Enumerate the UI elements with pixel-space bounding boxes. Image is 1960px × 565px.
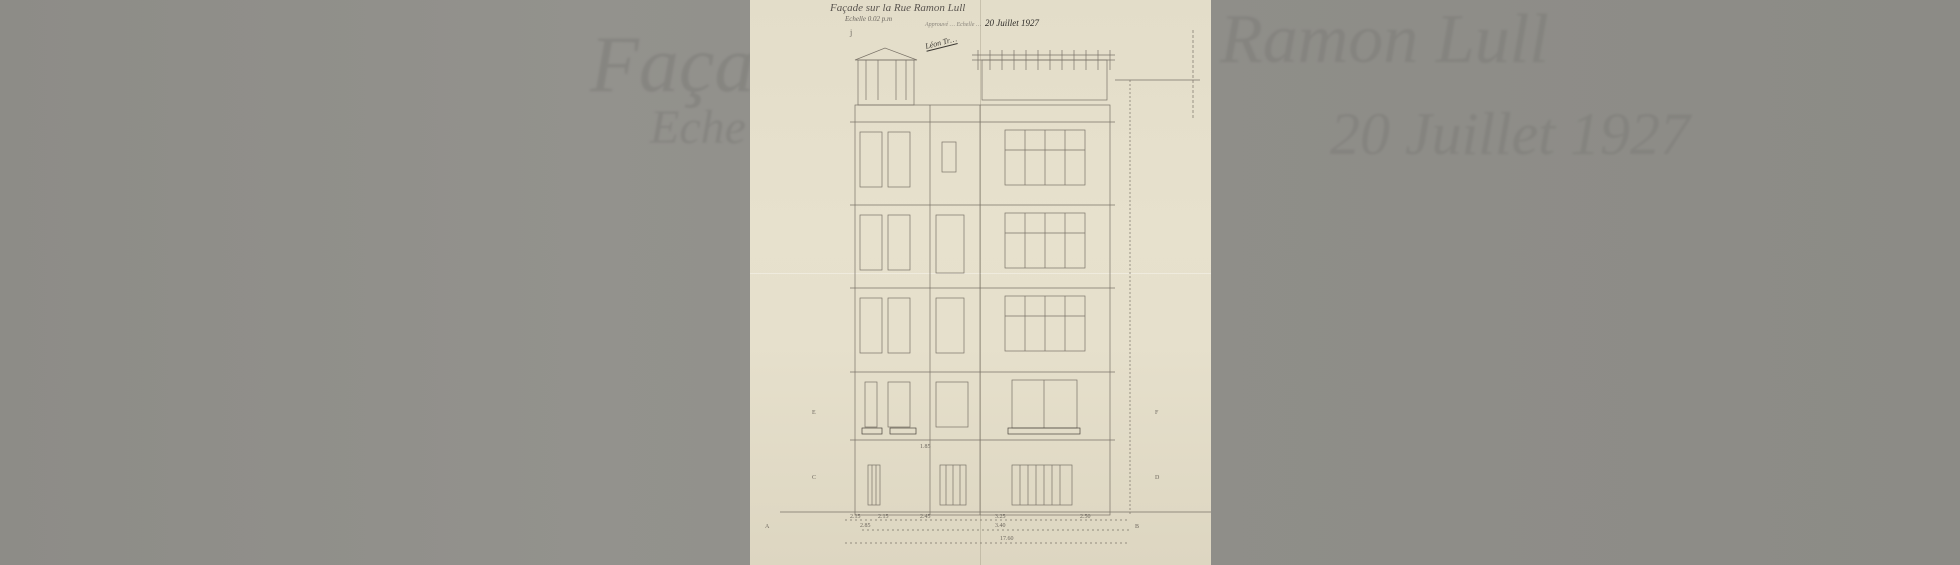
backdrop-ghost-scale: Eche (650, 100, 746, 155)
backdrop-ghost-date: 20 Juillet 1927 (1330, 100, 1690, 169)
section-label-f: F (1155, 410, 1158, 416)
dimension: 2.15 (878, 514, 889, 520)
facade-elevation-drawing (750, 0, 1211, 565)
dimension: 2.50 (1080, 514, 1091, 520)
drawing-sheet: Façade sur la Rue Ramon Lull Echelle 0.0… (750, 0, 1211, 565)
dimension: 2.45 (920, 514, 931, 520)
dimension: 2.85 (860, 523, 871, 529)
level-mark: 1.85 (920, 444, 931, 450)
section-label-c: C (812, 475, 816, 481)
backdrop-ghost-street: Ramon Lull (1220, 0, 1549, 80)
section-label-d: D (1155, 475, 1159, 481)
section-label-a: A (765, 524, 769, 530)
backdrop-ghost-title: Faça (590, 20, 754, 111)
dimension: 3.40 (995, 523, 1006, 529)
section-label-b: B (1135, 524, 1139, 530)
dimension-total: 17.60 (1000, 536, 1014, 542)
dimension: 2.15 (850, 514, 861, 520)
section-label-e: E (812, 410, 816, 416)
dimension: 3.25 (995, 514, 1006, 520)
